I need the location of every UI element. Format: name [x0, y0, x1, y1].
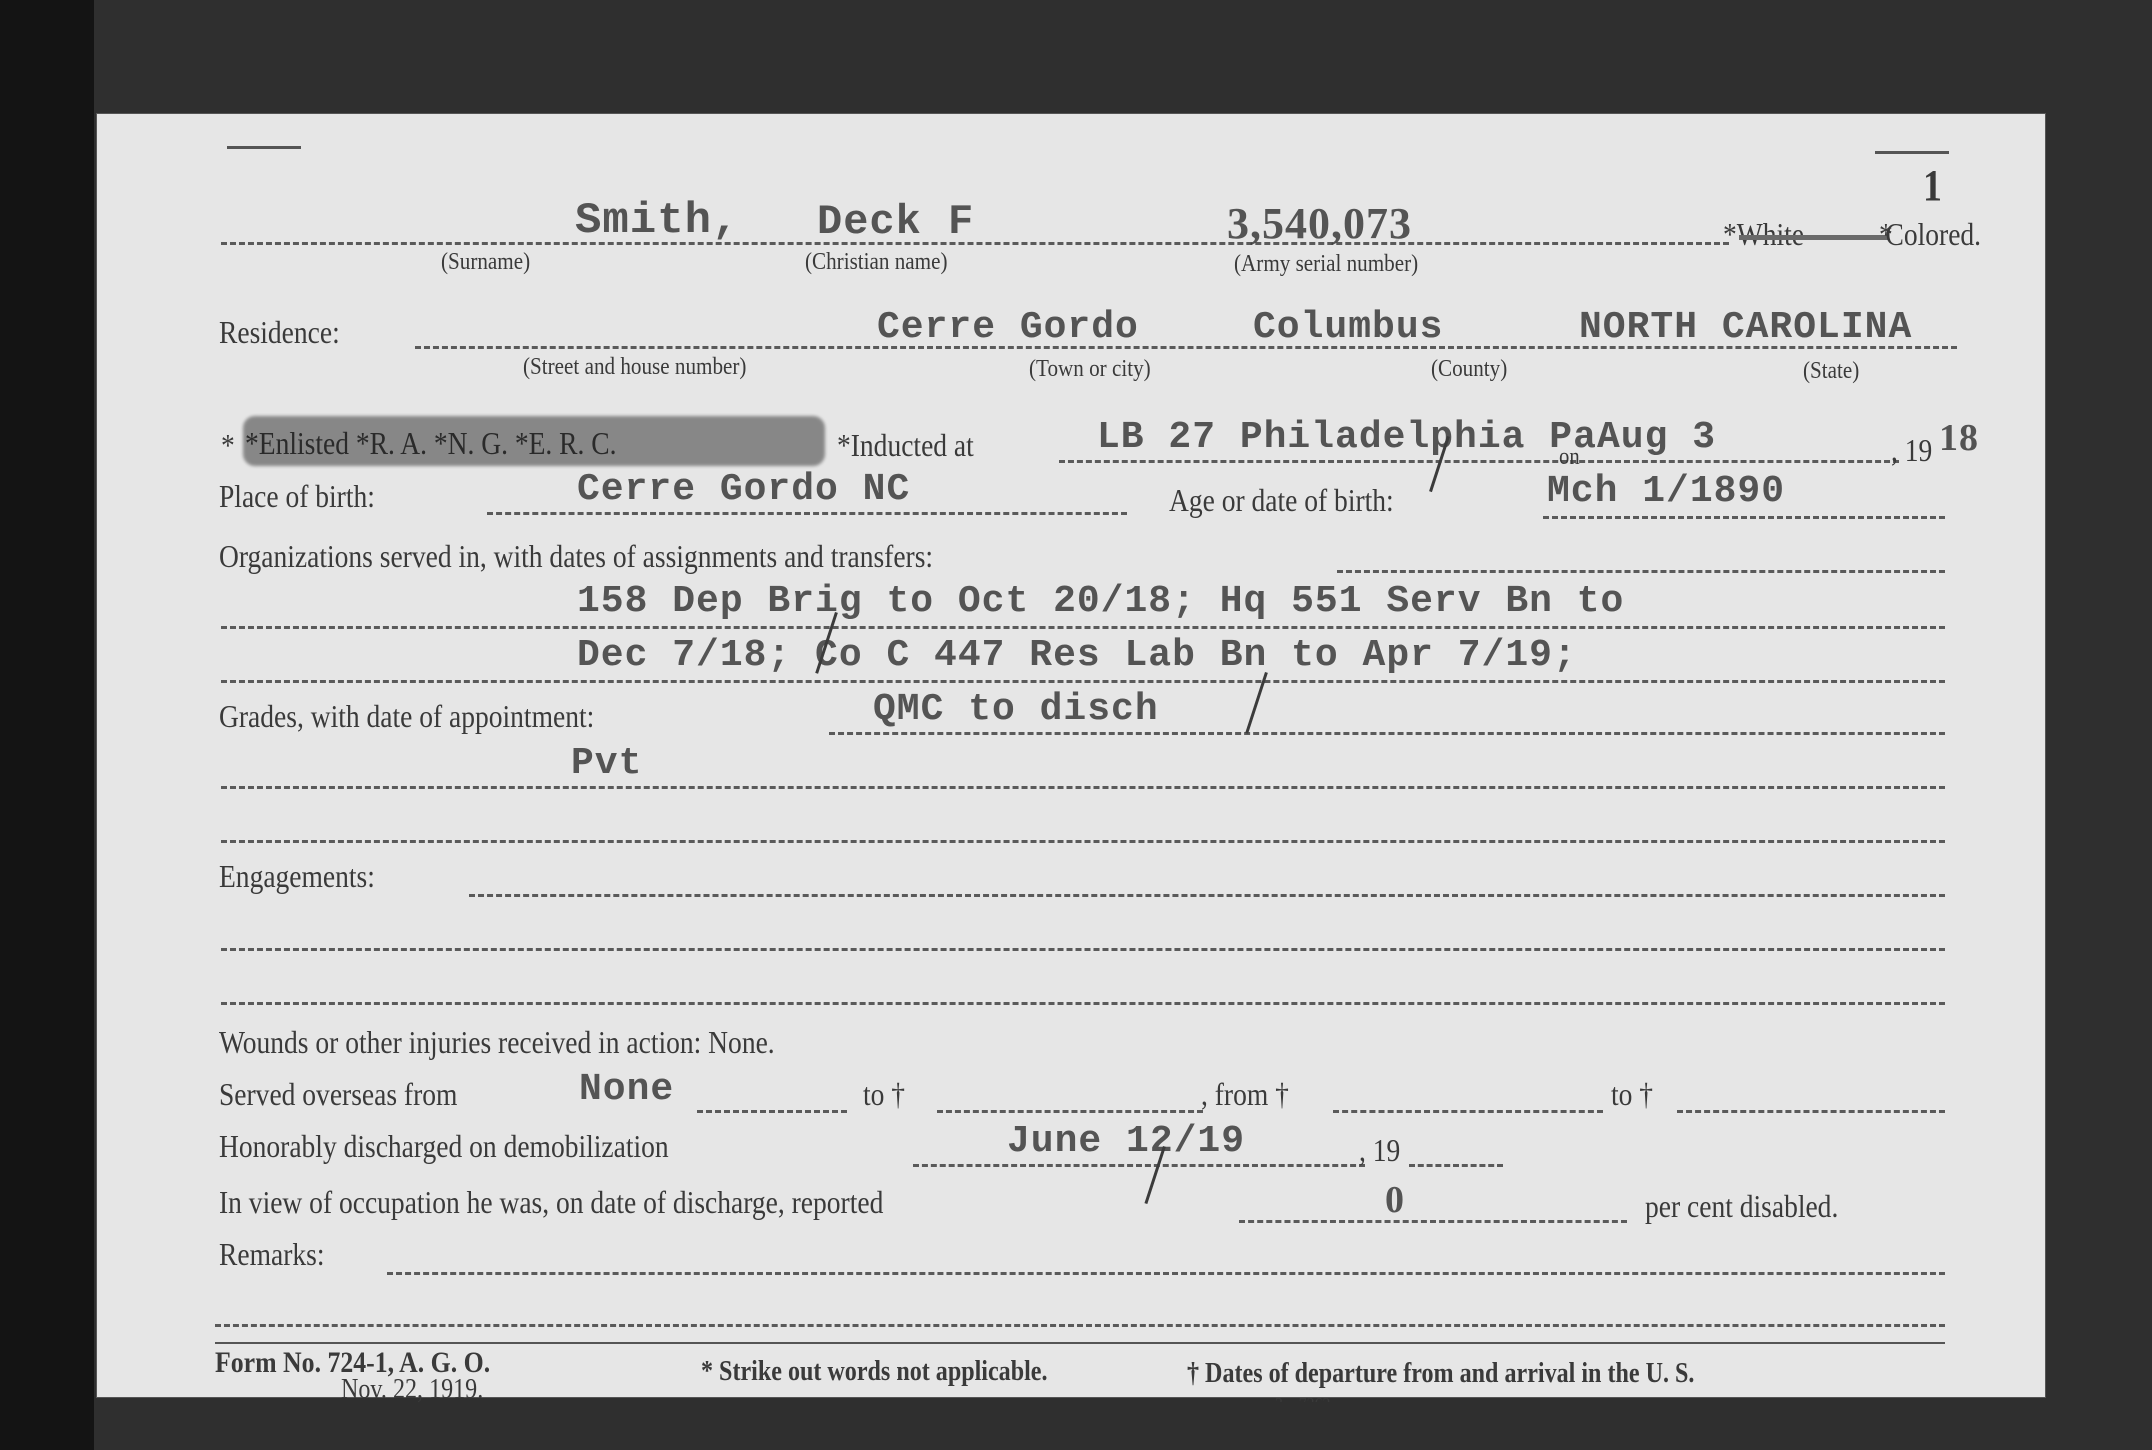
overseas-label: Served overseas from [219, 1076, 457, 1113]
print-code: 3—7362 [1275, 1394, 1330, 1402]
residence-town-value: Cerre Gordo [877, 306, 1139, 349]
surname-value: Smith, [575, 196, 739, 246]
organizations-entry-2: Dec 7/18; Co C 447 Res Lab Bn to Apr 7/1… [577, 634, 1577, 677]
induction-year-value: 18 [1939, 416, 1979, 460]
engagements-line-0 [469, 894, 1945, 897]
disability-percent-value: 0 [1385, 1178, 1405, 1222]
place-of-birth-value: Cerre Gordo NC [577, 468, 910, 511]
overseas-from-line [697, 1110, 847, 1113]
discharge-line [913, 1164, 1365, 1167]
remarks-line-0 [387, 1272, 1945, 1275]
place-of-birth-label: Place of birth: [219, 478, 375, 515]
date-of-birth-label: Age or date of birth: [1169, 482, 1394, 519]
remarks-label: Remarks: [219, 1236, 324, 1273]
county-sublabel: (County) [1431, 356, 1507, 383]
discharge-date-value: June 12/19 [1007, 1120, 1245, 1163]
form-date: Nov. 22, 1919. [341, 1374, 483, 1406]
overseas-from2-line [1333, 1110, 1603, 1113]
grades-line-0 [829, 732, 1945, 735]
surname-label: (Surname) [441, 249, 530, 276]
engagements-label: Engagements: [219, 858, 375, 895]
organizations-label: Organizations served in, with dates of a… [219, 538, 933, 575]
engagements-line-1 [221, 948, 1945, 951]
scan-background-left [0, 0, 94, 1450]
top-right-rule [1875, 151, 1949, 154]
remarks-line-1 [215, 1324, 1945, 1327]
town-sublabel: (Town or city) [1029, 356, 1151, 383]
overseas-to2-line [1677, 1110, 1945, 1113]
residence-county-value: Columbus [1253, 306, 1443, 349]
enlist-star: * [221, 427, 235, 464]
discharge-label: Honorably discharged on demobilization [219, 1128, 669, 1165]
street-sublabel: (Street and house number) [523, 354, 746, 381]
christian-name-label: (Christian name) [805, 249, 948, 276]
date-of-birth-line [1543, 516, 1945, 519]
overseas-from-value: None [579, 1068, 674, 1111]
overseas-to2-label: to † [1611, 1076, 1653, 1113]
induction-date-value: Aug 3 [1597, 416, 1716, 459]
date-of-birth-value: Mch 1/1890 [1547, 470, 1785, 513]
residence-state-value: NORTH CAROLINA [1579, 306, 1912, 349]
discharge-year-label: , 19 [1359, 1132, 1400, 1169]
on-label: on [1559, 444, 1580, 471]
organizations-entry-1: 158 Dep Brig to Oct 20/18; Hq 551 Serv B… [577, 580, 1624, 623]
engagements-line-2 [221, 1002, 1945, 1005]
card-number: 1 [1923, 160, 1942, 211]
service-record-card: 1 Smith, Deck F 3,540,073 (Surname) (Chr… [96, 113, 2046, 1398]
disability-label: In view of occupation he was, on date of… [219, 1184, 883, 1221]
overseas-from2-label: , from † [1201, 1076, 1289, 1113]
christian-name-value: Deck F [817, 198, 974, 246]
organizations-line-2 [221, 680, 1945, 683]
inducted-at-value: LB 27 Philadelphia Pa [1097, 416, 1597, 459]
year-prefix-label: , 19 [1891, 432, 1932, 469]
grades-line-2 [221, 840, 1945, 843]
top-left-rule [227, 146, 301, 149]
grades-label: Grades, with date of appointment: [219, 698, 594, 735]
overseas-to-label: to † [863, 1076, 905, 1113]
organizations-line-0 [1337, 570, 1945, 573]
enlistment-options-struck: *Enlisted *R. A. *N. G. *E. R. C. [245, 425, 617, 462]
state-sublabel: (State) [1803, 358, 1859, 385]
overseas-to-line [937, 1110, 1203, 1113]
inducted-line [1059, 460, 1899, 463]
grades-entry-1: QMC to disch [873, 688, 1159, 731]
strike-note: * Strike out words not applicable. [701, 1356, 1048, 1388]
place-of-birth-line [487, 512, 1127, 515]
footer-rule [215, 1342, 1945, 1344]
name-line [221, 242, 1729, 245]
organizations-line-1 [221, 626, 1945, 629]
army-serial-value: 3,540,073 [1227, 198, 1412, 249]
discharge-year-line [1409, 1164, 1503, 1167]
race-colored: Colored. [1815, 216, 1981, 253]
wounds-label: Wounds or other injuries received in act… [219, 1024, 775, 1061]
disability-suffix: per cent disabled. [1645, 1188, 1838, 1225]
residence-label: Residence: [219, 314, 340, 351]
inducted-label: *Inducted at [837, 427, 974, 464]
race-colored-label: Colored. [1886, 216, 1982, 252]
grades-line-1 [221, 786, 1945, 789]
dagger-note: † Dates of departure from and arrival in… [1187, 1358, 1694, 1390]
disability-line [1239, 1220, 1627, 1223]
grades-entry-2: Pvt [571, 742, 642, 785]
army-serial-label: (Army serial number) [1234, 251, 1418, 278]
